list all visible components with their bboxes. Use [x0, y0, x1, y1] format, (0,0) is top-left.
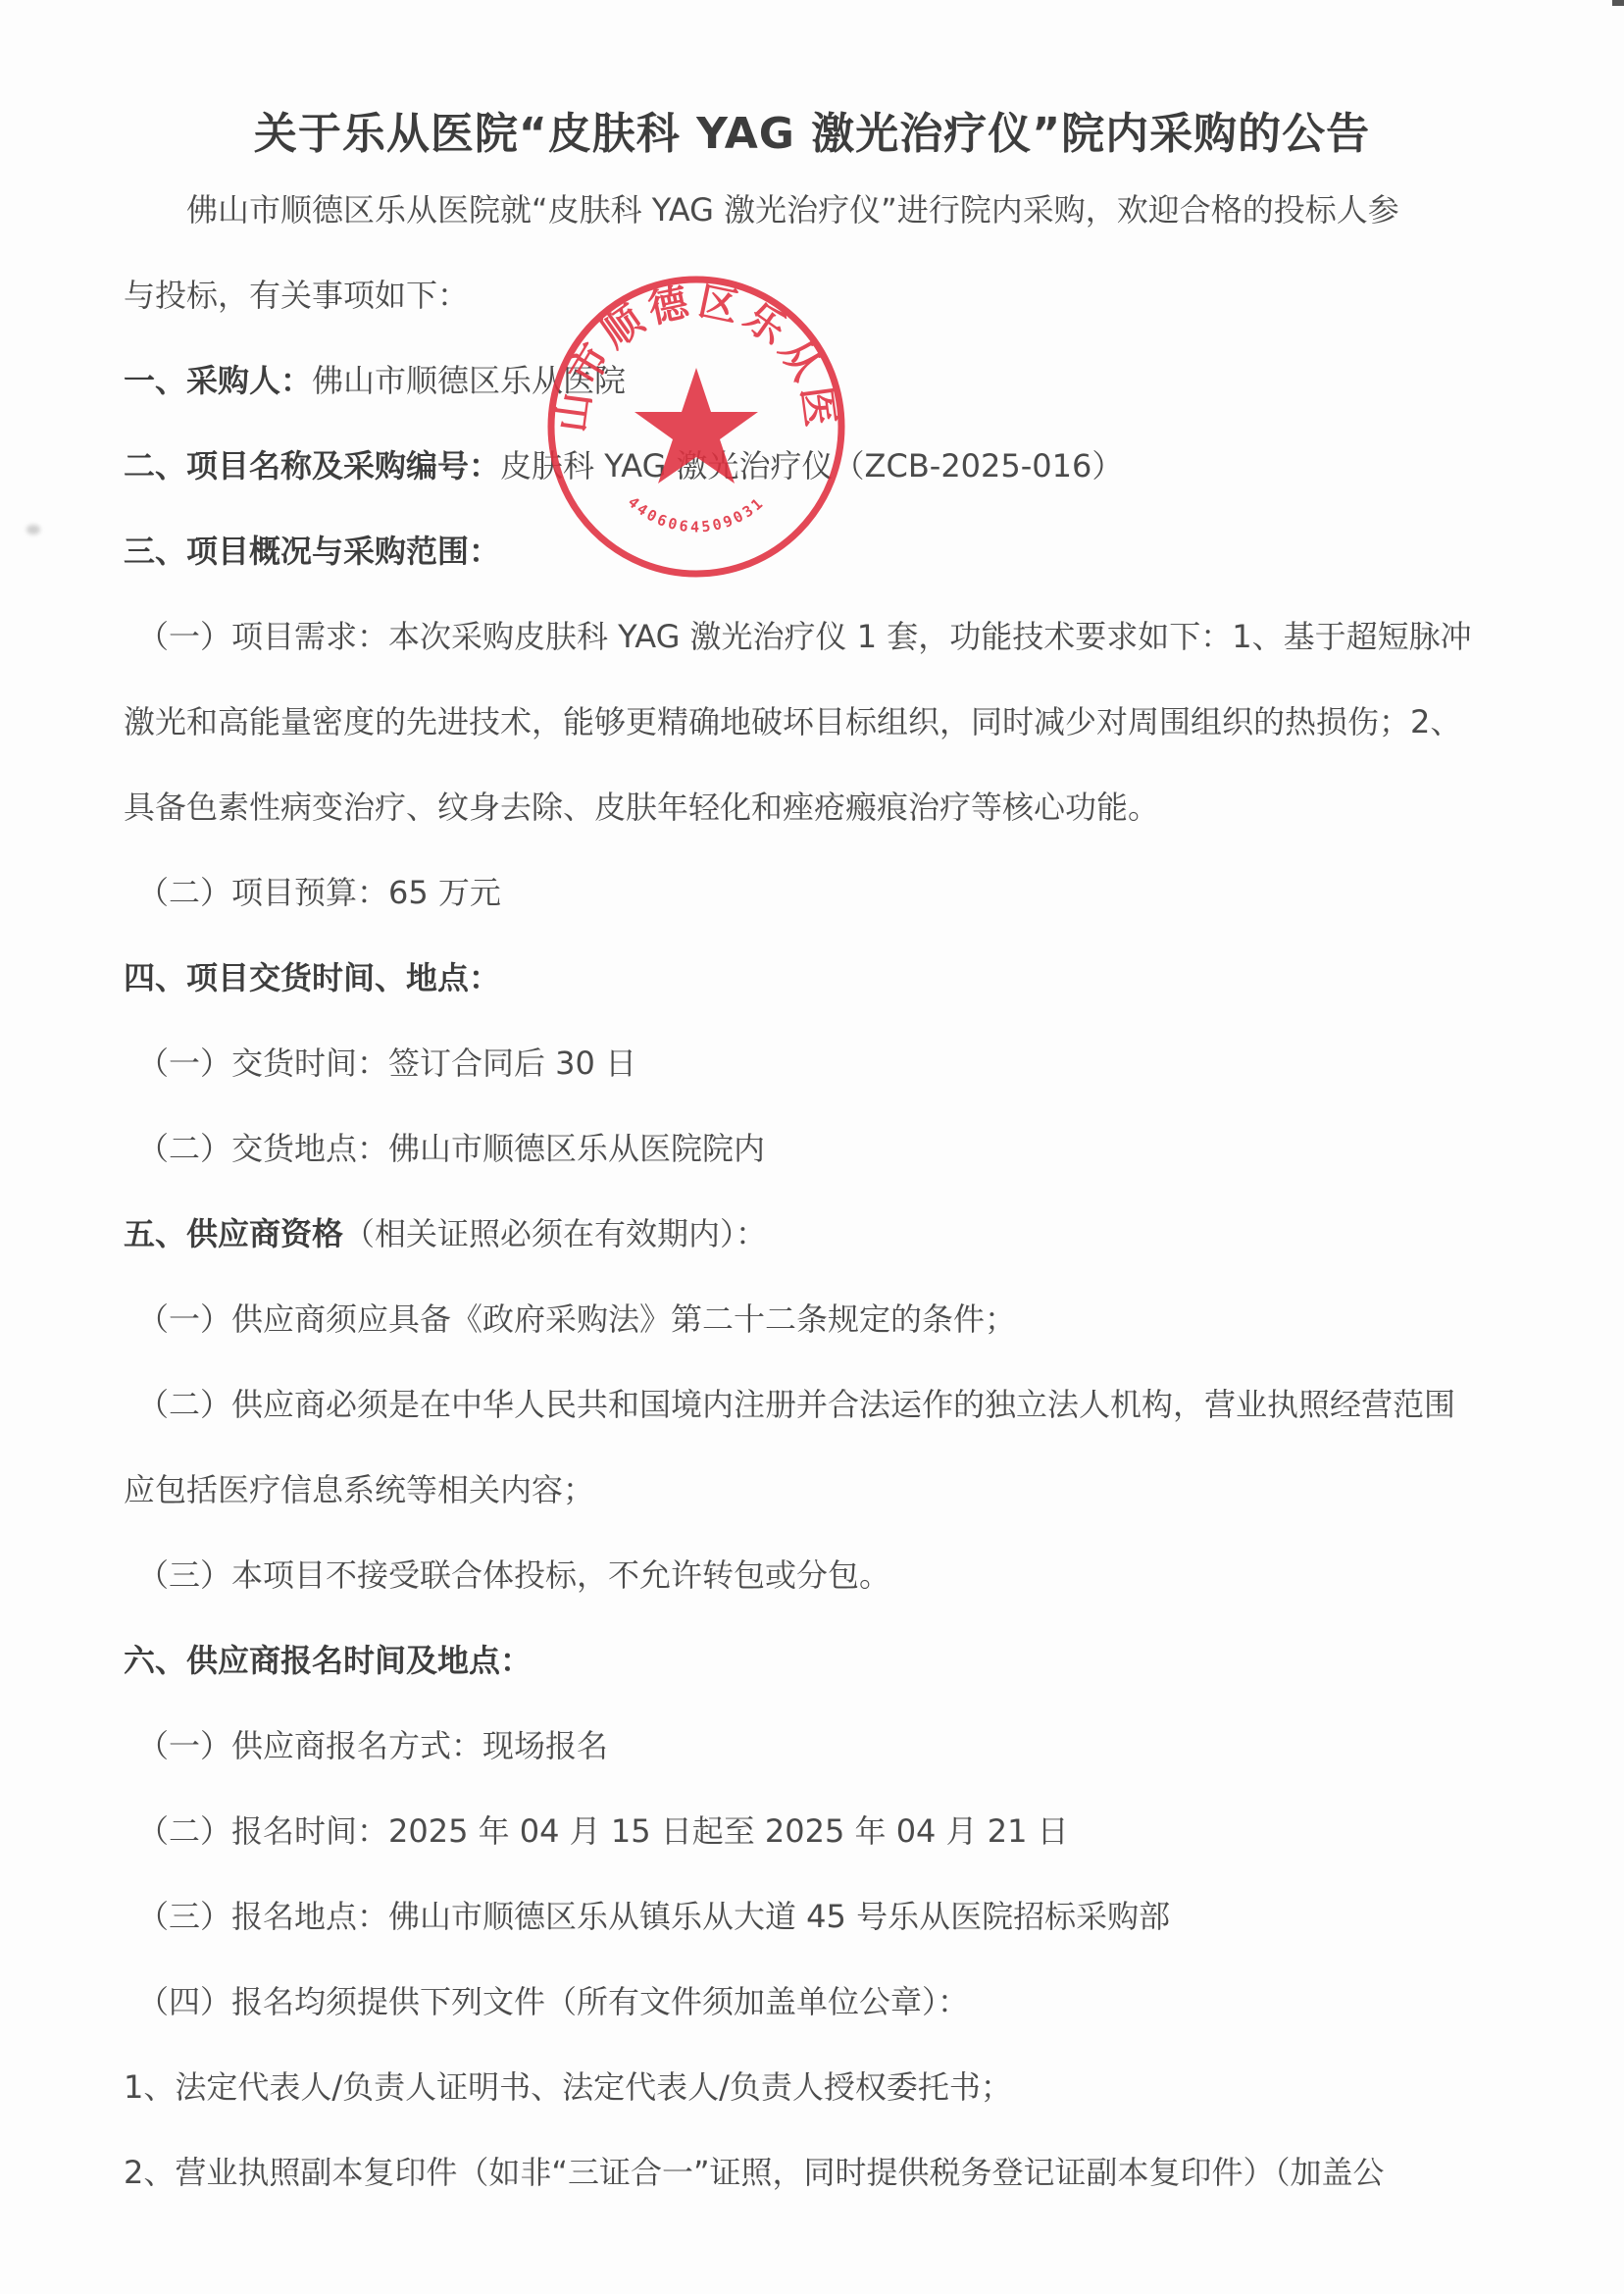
intro-paragraph-line-1: 佛山市顺德区乐从医院就“皮肤科 YAG 激光治疗仪”进行院内采购，欢迎合格的投标… — [186, 188, 1579, 231]
section-heading-note: （相关证照必须在有效期内）： — [343, 1215, 767, 1252]
registration-item-line: （二）报名时间：2025 年 04 月 15 日起至 2025 年 04 月 2… — [137, 1810, 1530, 1853]
registration-item-line: （四）报名均须提供下列文件（所有文件须加盖单位公章）： — [137, 1980, 1530, 2023]
registration-document-item: 1、法定代表人/负责人证明书、法定代表人/负责人授权委托书； — [124, 2065, 1516, 2109]
qualification-item-line: （一）供应商须应具备《政府采购法》第二十二条规定的条件； — [137, 1298, 1530, 1341]
document-title: 关于乐从医院“皮肤科 YAG 激光治疗仪”院内采购的公告 — [0, 98, 1624, 161]
section-project-name: 二、项目名称及采购编号：皮肤科 YAG 激光治疗仪（ZCB-2025-016） — [124, 444, 1516, 487]
section-value: 佛山市顺德区乐从医院 — [312, 362, 626, 399]
section-heading-registration: 六、供应商报名时间及地点： — [124, 1639, 1516, 1682]
registration-item-line: （一）供应商报名方式：现场报名 — [137, 1724, 1530, 1767]
qualification-item-line: 应包括医疗信息系统等相关内容； — [124, 1468, 1516, 1511]
section-heading: 二、项目名称及采购编号： — [124, 447, 500, 484]
section-heading-delivery: 四、项目交货时间、地点： — [124, 956, 1516, 999]
registration-document-item: 2、营业执照副本复印件（如非“三证合一”证照，同时提供税务登记证副本复印件）（加… — [124, 2151, 1516, 2194]
section-value: 皮肤科 YAG 激光治疗仪（ZCB-2025-016） — [500, 447, 1123, 484]
qualification-item-line: （三）本项目不接受联合体投标，不允许转包或分包。 — [137, 1554, 1530, 1597]
budget-line: （二）项目预算：65 万元 — [137, 871, 1530, 914]
scanned-document-page: 关于乐从医院“皮肤科 YAG 激光治疗仪”院内采购的公告 佛山市顺德区乐从医院就… — [0, 0, 1624, 2294]
scan-artifact — [26, 525, 40, 535]
section-purchaser: 一、采购人：佛山市顺德区乐从医院 — [124, 359, 1516, 402]
section-supplier-qualification: 五、供应商资格（相关证照必须在有效期内）： — [124, 1212, 1516, 1255]
overview-item-line: （一）项目需求：本次采购皮肤科 YAG 激光治疗仪 1 套，功能技术要求如下：1… — [137, 615, 1530, 658]
qualification-item-line: （二）供应商必须是在中华人民共和国境内注册并合法运作的独立法人机构，营业执照经营… — [137, 1383, 1530, 1426]
section-heading-overview: 三、项目概况与采购范围： — [124, 530, 1516, 573]
delivery-place-line: （二）交货地点：佛山市顺德区乐从医院院内 — [137, 1127, 1530, 1170]
overview-item-line: 激光和高能量密度的先进技术，能够更精确地破坏目标组织，同时减少对周围组织的热损伤… — [124, 700, 1516, 743]
registration-item-line: （三）报名地点：佛山市顺德区乐从镇乐从大道 45 号乐从医院招标采购部 — [137, 1895, 1530, 1938]
section-heading: 一、采购人： — [124, 362, 312, 399]
overview-item-line: 具备色素性病变治疗、纹身去除、皮肤年轻化和痤疮瘢痕治疗等核心功能。 — [124, 786, 1516, 829]
intro-paragraph-line-2: 与投标，有关事项如下： — [124, 274, 1516, 317]
delivery-time-line: （一）交货时间：签订合同后 30 日 — [137, 1042, 1530, 1085]
section-heading: 五、供应商资格 — [124, 1215, 343, 1252]
scan-artifact — [1612, 0, 1624, 6]
